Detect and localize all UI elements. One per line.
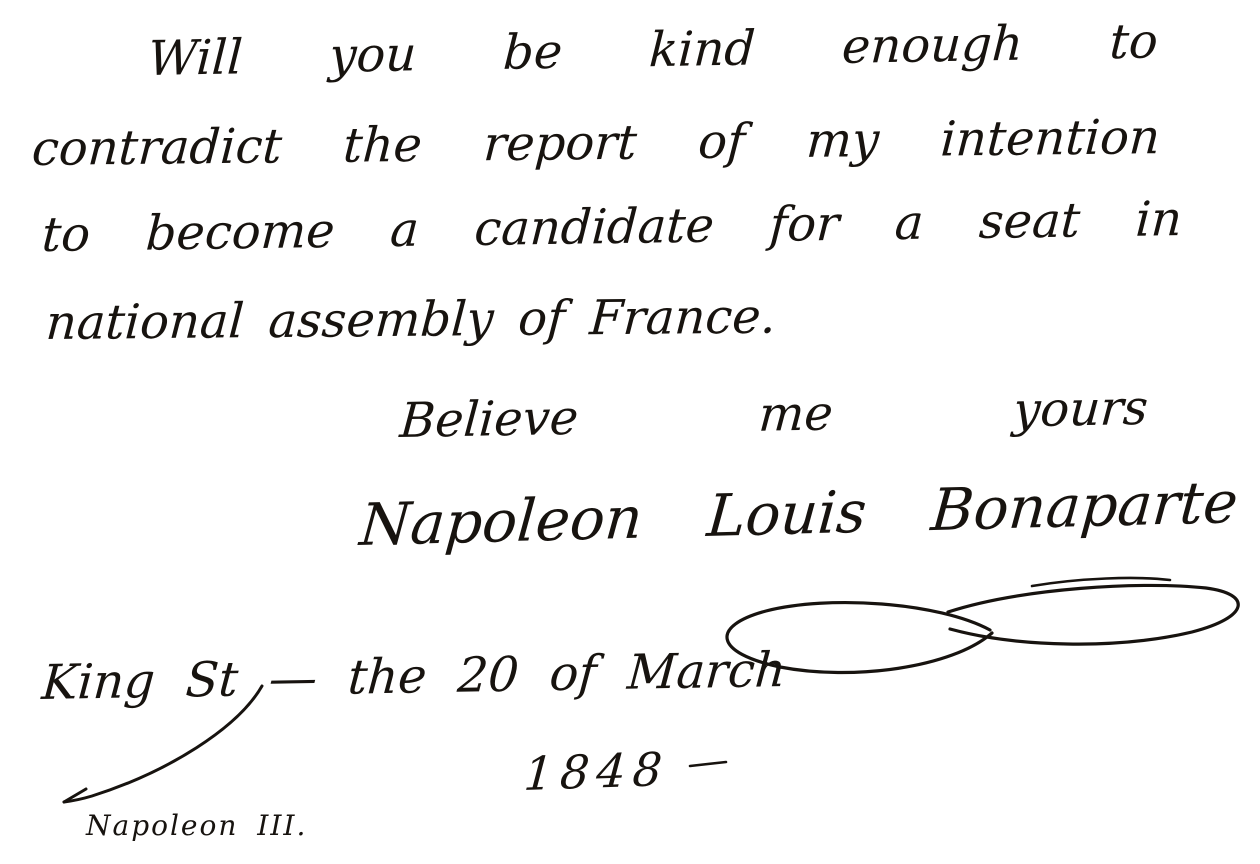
letter-page: Will you be kind enough to contradict th…	[0, 0, 1260, 864]
letter-body-line-4: national assembly of France.	[44, 290, 777, 352]
letter-body-line-2: contradict the report of my intention	[30, 110, 1161, 177]
letter-body-line-3: to become a candidate for a seat in	[40, 192, 1183, 263]
year-trailing-dash	[690, 762, 726, 766]
signature: Napoleon Louis Bonaparte	[357, 469, 1240, 559]
letter-body-line-1: Will you be kind enough to	[147, 14, 1160, 87]
year-line: 1848	[522, 743, 671, 801]
dateline: King St — the 20 of March	[40, 643, 788, 711]
letter-closing-line: Believe me yours	[398, 381, 1150, 449]
signature-paraph-right-loop	[948, 585, 1238, 644]
descender-arrow-tick	[64, 789, 86, 802]
caption: Napoleon III.	[86, 810, 307, 842]
signature-paraph-top-stroke	[1032, 578, 1170, 586]
